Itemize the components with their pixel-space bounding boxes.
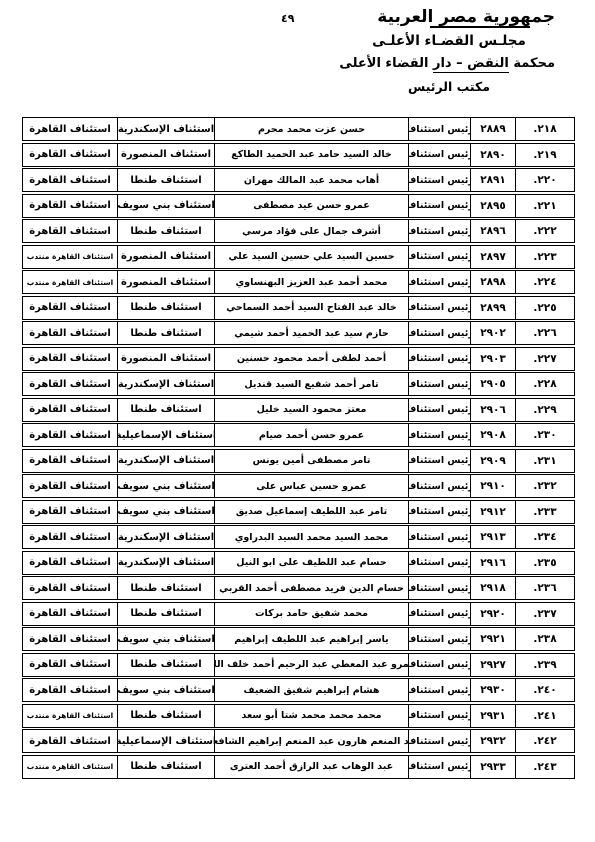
- court-title-prefix: محكمة: [509, 56, 555, 71]
- workplace-cell: استئناف القاهرة: [23, 348, 118, 370]
- number-cell: ٢٨٩٨: [471, 271, 516, 293]
- name-cell: حسن عزت محمد محرم: [215, 118, 409, 140]
- name-cell: أحمد لطفى أحمد محمود حسنين: [215, 348, 409, 370]
- name-cell: حسام الدين فريد مصطفى أحمد القربي: [215, 577, 409, 599]
- court-title-suffix: القضاء الأعلى: [339, 56, 433, 71]
- document-page: { "page_number": "٤٩", "header": { "coun…: [0, 0, 595, 842]
- name-cell: عمرو حسين عباس على: [215, 475, 409, 497]
- court-cell: استئناف الإسماعيلية: [118, 424, 215, 446]
- serial-cell: ٢٢٧.: [516, 348, 574, 370]
- serial-cell: ٢٢٠.: [516, 169, 574, 191]
- table-row: ٢٤١. ٢٩٣١ رئيس استئناف محمد محمد محمد شت…: [22, 704, 575, 728]
- court-cell: استئناف طنطا: [118, 654, 215, 676]
- name-cell: حسام عبد اللطيف على ابو النيل: [215, 552, 409, 574]
- court-cell: استئناف طنطا: [118, 399, 215, 421]
- serial-cell: ٢٢٨.: [516, 373, 574, 395]
- court-cell: استئناف بني سويف: [118, 195, 215, 217]
- serial-cell: ٢٢١.: [516, 195, 574, 217]
- name-cell: محمد السيد محمد السيد البدراوي: [215, 526, 409, 548]
- serial-cell: ٢٣١.: [516, 450, 574, 472]
- table-row: ٢٣٢. ٢٩١٠ رئيس استئناف عمرو حسين عباس عل…: [22, 474, 575, 498]
- workplace-cell: استئناف القاهرة: [23, 195, 118, 217]
- title-cell: رئيس استئناف: [409, 501, 471, 523]
- number-cell: ٢٨٩٧: [471, 246, 516, 268]
- court-cell: استئناف طنطا: [118, 756, 215, 778]
- table-row: ٢٣٧. ٢٩٢٠ رئيس استئناف محمد شفيق حامد بر…: [22, 602, 575, 626]
- table-row: ٢٣٠. ٢٩٠٨ رئيس استئناف عمرو حسن أحمد صيا…: [22, 423, 575, 447]
- title-cell: رئيس استئناف: [409, 475, 471, 497]
- court-cell: استئناف طنطا: [118, 577, 215, 599]
- serial-cell: ٢٣٥.: [516, 552, 574, 574]
- letterhead: جمهورية مصر العربية مجلـس القضـاء الأعلـ…: [343, 7, 555, 94]
- court-cell: استئناف بني سويف: [118, 501, 215, 523]
- workplace-cell: استئناف القاهرة: [23, 118, 118, 140]
- workplace-cell: استئناف القاهرة: [23, 169, 118, 191]
- title-cell: رئيس استئناف: [409, 424, 471, 446]
- serial-cell: ٢٣٩.: [516, 654, 574, 676]
- workplace-cell: استئناف القاهرة منتدب: [23, 271, 118, 293]
- number-cell: ٢٩٢١: [471, 628, 516, 650]
- table-row: ٢٢١. ٢٨٩٥ رئيس استئناف عمرو حسن عيد مصطف…: [22, 194, 575, 218]
- table-row: ٢٣٩. ٢٩٢٧ رئيس استئناف عمرو عبد المعطي ع…: [22, 653, 575, 677]
- name-cell: حازم سيد عبد الحميد أحمد شيمي: [215, 322, 409, 344]
- serial-cell: ٢٣٢.: [516, 475, 574, 497]
- court-cell: استئناف بني سويف: [118, 679, 215, 701]
- table-row: ٢٣٣. ٢٩١٢ رئيس استئناف تامر عبد اللطيف إ…: [22, 500, 575, 524]
- title-cell: رئيس استئناف: [409, 603, 471, 625]
- table-row: ٢٢٦. ٢٩٠٢ رئيس استئناف حازم سيد عبد الحم…: [22, 321, 575, 345]
- number-cell: ٢٩١٨: [471, 577, 516, 599]
- title-cell: رئيس استئناف: [409, 169, 471, 191]
- number-cell: ٢٩٣٣: [471, 756, 516, 778]
- court-cell: استئناف الإسكندرية: [118, 373, 215, 395]
- name-cell: تامر مصطفى أمين يونس: [215, 450, 409, 472]
- number-cell: ٢٩١٣: [471, 526, 516, 548]
- table-row: ٢٢٥. ٢٨٩٩ رئيس استئناف خالد عبد الفتاح ا…: [22, 296, 575, 320]
- workplace-cell: استئناف القاهرة: [23, 220, 118, 242]
- table-row: ٢١٩. ٢٨٩٠ رئيس استئناف خالد السيد حامد ع…: [22, 143, 575, 167]
- title-cell: رئيس استئناف: [409, 705, 471, 727]
- name-cell: عمرو حسن عيد مصطفى: [215, 195, 409, 217]
- name-cell: خالد السيد حامد عبد الحميد الطاكع: [215, 144, 409, 166]
- court-title-underlined: النقض – دار: [433, 56, 509, 73]
- serial-cell: ٢٢٥.: [516, 297, 574, 319]
- serial-cell: ٢٤٣.: [516, 756, 574, 778]
- workplace-cell: استئناف القاهرة: [23, 475, 118, 497]
- title-cell: رئيس استئناف: [409, 756, 471, 778]
- title-cell: رئيس استئناف: [409, 628, 471, 650]
- court-cell: استئناف الإسكندرية: [118, 552, 215, 574]
- workplace-cell: استئناف القاهرة منتدب: [23, 246, 118, 268]
- serial-cell: ٢٤٢.: [516, 730, 574, 752]
- title-cell: رئيس استئناف: [409, 450, 471, 472]
- table-row: ٢٢٤. ٢٨٩٨ رئيس استئناف محمد أحمد عبد الع…: [22, 270, 575, 294]
- serial-cell: ٢١٩.: [516, 144, 574, 166]
- number-cell: ٢٩٠٣: [471, 348, 516, 370]
- court-cell: استئناف المنصورة: [118, 246, 215, 268]
- table-row: ٢٢٨. ٢٩٠٥ رئيس استئناف تامر أحمد شفيع ال…: [22, 372, 575, 396]
- name-cell: تامر أحمد شفيع السيد قنديل: [215, 373, 409, 395]
- workplace-cell: استئناف القاهرة: [23, 450, 118, 472]
- title-cell: رئيس استئناف: [409, 373, 471, 395]
- court-cell: استئناف بني سويف: [118, 628, 215, 650]
- name-cell: عبد المنعم هارون عبد المنعم إبراهيم الشا…: [215, 730, 409, 752]
- number-cell: ٢٩٣٠: [471, 679, 516, 701]
- court-cell: استئناف الإسكندرية: [118, 118, 215, 140]
- title-cell: رئيس استئناف: [409, 144, 471, 166]
- title-cell: رئيس استئناف: [409, 220, 471, 242]
- serial-cell: ٢١٨.: [516, 118, 574, 140]
- workplace-cell: استئناف القاهرة: [23, 373, 118, 395]
- court-title: محكمة النقض – دار القضاء الأعلى: [343, 56, 555, 71]
- number-cell: ٢٩٣١: [471, 705, 516, 727]
- table-row: ٢٣٨. ٢٩٢١ رئيس استئناف ياسر إبراهيم عبد …: [22, 627, 575, 651]
- table-row: ٢٤٣. ٢٩٣٣ رئيس استئناف عبد الوهاب عبد ال…: [22, 755, 575, 779]
- number-cell: ٢٨٨٩: [471, 118, 516, 140]
- workplace-cell: استئناف القاهرة: [23, 628, 118, 650]
- title-cell: رئيس استئناف: [409, 399, 471, 421]
- number-cell: ٢٩٢٧: [471, 654, 516, 676]
- country-title-line: جمهورية مصر العربية: [343, 7, 555, 27]
- workplace-cell: استئناف القاهرة: [23, 552, 118, 574]
- court-cell: استئناف المنصورة: [118, 348, 215, 370]
- court-cell: استئناف طنطا: [118, 322, 215, 344]
- court-cell: استئناف طنطا: [118, 220, 215, 242]
- workplace-cell: استئناف القاهرة: [23, 526, 118, 548]
- court-cell: استئناف المنصورة: [118, 144, 215, 166]
- workplace-cell: استئناف القاهرة: [23, 501, 118, 523]
- number-cell: ٢٩٠٢: [471, 322, 516, 344]
- number-cell: ٢٨٩٦: [471, 220, 516, 242]
- number-cell: ٢٩٣٢: [471, 730, 516, 752]
- title-cell: رئيس استئناف: [409, 322, 471, 344]
- court-cell: استئناف بني سويف: [118, 475, 215, 497]
- court-cell: استئناف طنطا: [118, 169, 215, 191]
- council-title: مجلـس القضـاء الأعلـى: [343, 33, 555, 49]
- workplace-cell: استئناف القاهرة: [23, 730, 118, 752]
- title-cell: رئيس استئناف: [409, 297, 471, 319]
- name-cell: محمد شفيق حامد بركات: [215, 603, 409, 625]
- number-cell: ٢٩١٦: [471, 552, 516, 574]
- workplace-cell: استئناف القاهرة: [23, 679, 118, 701]
- title-cell: رئيس استئناف: [409, 679, 471, 701]
- serial-cell: ٢٢٣.: [516, 246, 574, 268]
- number-cell: ٢٨٩٠: [471, 144, 516, 166]
- number-cell: ٢٨٩١: [471, 169, 516, 191]
- court-cell: استئناف الإسماعيلية: [118, 730, 215, 752]
- number-cell: ٢٩١٠: [471, 475, 516, 497]
- page-number: ٤٩: [281, 12, 294, 25]
- table-row: ٢٣٦. ٢٩١٨ رئيس استئناف حسام الدين فريد م…: [22, 576, 575, 600]
- office-title: مكتب الرئيس: [343, 79, 555, 94]
- table-row: ٢٣٤. ٢٩١٣ رئيس استئناف محمد السيد محمد ا…: [22, 525, 575, 549]
- table-row: ٢٤٠. ٢٩٣٠ رئيس استئناف هشام إبراهيم شفيق…: [22, 678, 575, 702]
- name-cell: عبد الوهاب عبد الرازق أحمد العترى: [215, 756, 409, 778]
- serial-cell: ٢٢٢.: [516, 220, 574, 242]
- serial-cell: ٢٣٣.: [516, 501, 574, 523]
- table-row: ٢٢٧. ٢٩٠٣ رئيس استئناف أحمد لطفى أحمد مح…: [22, 347, 575, 371]
- table-row: ٢٣١. ٢٩٠٩ رئيس استئناف تامر مصطفى أمين ي…: [22, 449, 575, 473]
- title-cell: رئيس استئناف: [409, 118, 471, 140]
- title-cell: رئيس استئناف: [409, 348, 471, 370]
- workplace-cell: استئناف القاهرة منتدب: [23, 705, 118, 727]
- name-cell: عمرو حسن أحمد صيام: [215, 424, 409, 446]
- table-row: ٢٢٩. ٢٩٠٦ رئيس استئناف معتز محمود السيد …: [22, 398, 575, 422]
- serial-cell: ٢٤٠.: [516, 679, 574, 701]
- table-row: ٢٢٢. ٢٨٩٦ رئيس استئناف أشرف جمال على فؤا…: [22, 219, 575, 243]
- table-row: ٢٢٣. ٢٨٩٧ رئيس استئناف حسين السيد علي حس…: [22, 245, 575, 269]
- workplace-cell: استئناف القاهرة: [23, 322, 118, 344]
- title-cell: رئيس استئناف: [409, 577, 471, 599]
- name-cell: خالد عبد الفتاح السيد أحمد السماحي: [215, 297, 409, 319]
- title-cell: رئيس استئناف: [409, 552, 471, 574]
- title-cell: رئيس استئناف: [409, 246, 471, 268]
- workplace-cell: استئناف القاهرة منتدب: [23, 756, 118, 778]
- serial-cell: ٢٣٦.: [516, 577, 574, 599]
- title-cell: رئيس استئناف: [409, 271, 471, 293]
- court-cell: استئناف الإسكندرية: [118, 526, 215, 548]
- name-cell: ياسر إبراهيم عبد اللطيف إبراهيم: [215, 628, 409, 650]
- serial-cell: ٢٤١.: [516, 705, 574, 727]
- court-cell: استئناف طنطا: [118, 297, 215, 319]
- serial-cell: ٢٢٤.: [516, 271, 574, 293]
- table-row: ٢٤٢. ٢٩٣٢ رئيس استئناف عبد المنعم هارون …: [22, 729, 575, 753]
- name-cell: محمد محمد محمد شتا أبو سعد: [215, 705, 409, 727]
- court-cell: استئناف الإسكندرية: [118, 450, 215, 472]
- serial-cell: ٢٣٨.: [516, 628, 574, 650]
- name-cell: عمرو عبد المعطي عبد الرحيم أحمد خلف الله: [215, 654, 409, 676]
- judges-table: ٢١٨. ٢٨٨٩ رئيس استئناف حسن عزت محمد محرم…: [22, 117, 575, 780]
- table-row: ٢٣٥. ٢٩١٦ رئيس استئناف حسام عبد اللطيف ع…: [22, 551, 575, 575]
- serial-cell: ٢٣٠.: [516, 424, 574, 446]
- title-cell: رئيس استئناف: [409, 654, 471, 676]
- workplace-cell: استئناف القاهرة: [23, 399, 118, 421]
- name-cell: تامر عبد اللطيف إسماعيل صديق: [215, 501, 409, 523]
- title-cell: رئيس استئناف: [409, 730, 471, 752]
- workplace-cell: استئناف القاهرة: [23, 424, 118, 446]
- number-cell: ٢٩٠٥: [471, 373, 516, 395]
- court-cell: استئناف طنطا: [118, 705, 215, 727]
- number-cell: ٢٨٩٩: [471, 297, 516, 319]
- serial-cell: ٢٣٤.: [516, 526, 574, 548]
- serial-cell: ٢٢٦.: [516, 322, 574, 344]
- name-cell: حسين السيد علي حسين السيد علي: [215, 246, 409, 268]
- court-cell: استئناف المنصورة: [118, 271, 215, 293]
- number-cell: ٢٩٠٩: [471, 450, 516, 472]
- title-cell: رئيس استئناف: [409, 526, 471, 548]
- workplace-cell: استئناف القاهرة: [23, 144, 118, 166]
- number-cell: ٢٩١٢: [471, 501, 516, 523]
- workplace-cell: استئناف القاهرة: [23, 603, 118, 625]
- table-row: ٢٢٠. ٢٨٩١ رئيس استئناف أهاب محمد عبد الم…: [22, 168, 575, 192]
- name-cell: أهاب محمد عبد المالك مهران: [215, 169, 409, 191]
- name-cell: معتز محمود السيد خليل: [215, 399, 409, 421]
- name-cell: هشام إبراهيم شفيق الضعيف: [215, 679, 409, 701]
- number-cell: ٢٩٠٨: [471, 424, 516, 446]
- workplace-cell: استئناف القاهرة: [23, 297, 118, 319]
- title-cell: رئيس استئناف: [409, 195, 471, 217]
- number-cell: ٢٨٩٥: [471, 195, 516, 217]
- serial-cell: ٢٢٩.: [516, 399, 574, 421]
- workplace-cell: استئناف القاهرة: [23, 577, 118, 599]
- country-title: جمهورية مصر العربية: [377, 7, 555, 27]
- name-cell: محمد أحمد عبد العزيز البهنساوي: [215, 271, 409, 293]
- name-cell: أشرف جمال على فؤاد مرسي: [215, 220, 409, 242]
- table-row: ٢١٨. ٢٨٨٩ رئيس استئناف حسن عزت محمد محرم…: [22, 117, 575, 141]
- court-cell: استئناف طنطا: [118, 603, 215, 625]
- number-cell: ٢٩٢٠: [471, 603, 516, 625]
- number-cell: ٢٩٠٦: [471, 399, 516, 421]
- serial-cell: ٢٣٧.: [516, 603, 574, 625]
- workplace-cell: استئناف القاهرة: [23, 654, 118, 676]
